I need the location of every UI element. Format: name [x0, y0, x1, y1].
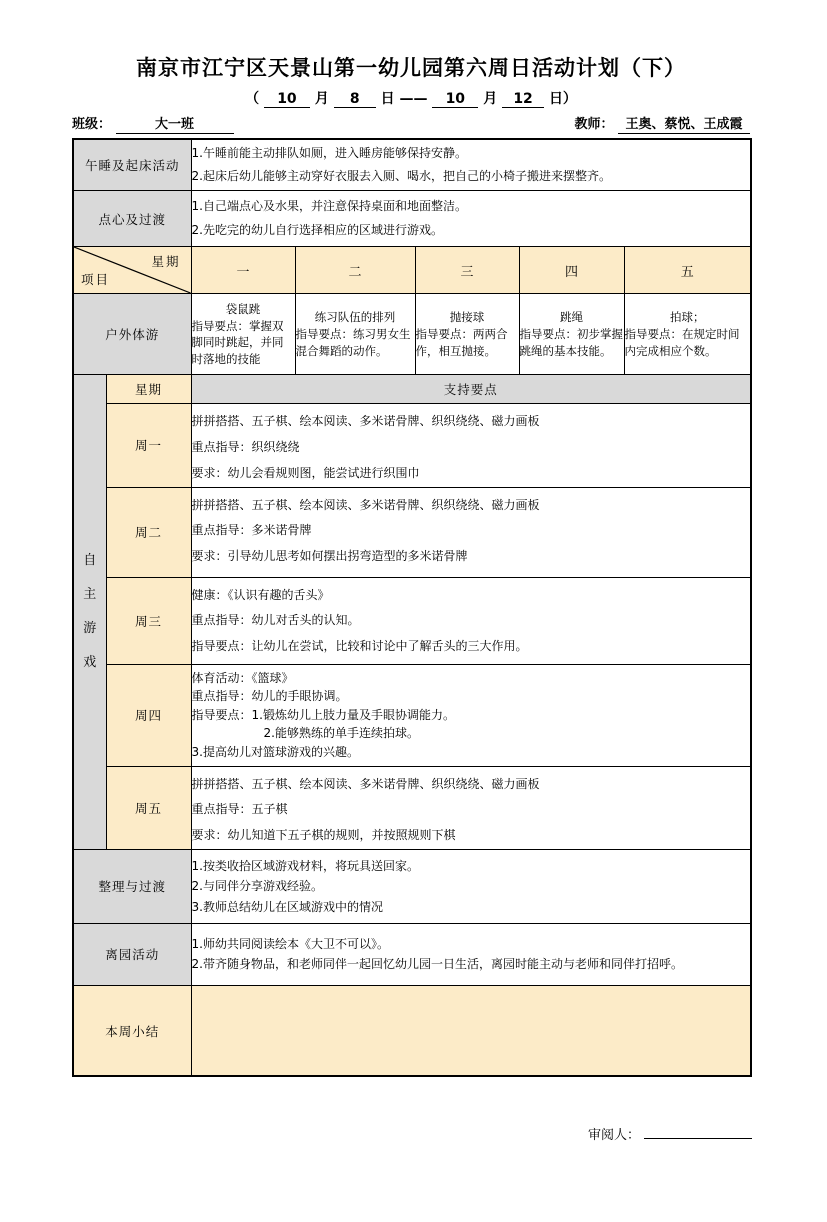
document-page: 南京市江宁区天景山第一幼儿园第六周日活动计划（下） （ 10 月 8 日 —— …	[0, 52, 827, 1222]
outdoor-wed-cell: 抛接球指导要点：两两合作，相互抛接。	[415, 294, 519, 375]
row-nap: 午睡及起床活动 1.午睡前能主动排队如厕，进入睡房能够保持安静。 2.起床后幼儿…	[73, 139, 751, 191]
date-month1-field: 10	[264, 92, 310, 108]
tidy-content: 1.按类收拾区域游戏材料，将玩具送回家。 2.与同伴分享游戏经验。 3.教师总结…	[191, 849, 751, 923]
outdoor-mon-cell: 袋鼠跳指导要点：掌握双脚同时跳起，并同时落地的技能	[191, 294, 295, 375]
activity-plan-table: 午睡及起床活动 1.午睡前能主动排队如厕，进入睡房能够保持安静。 2.起床后幼儿…	[72, 138, 752, 1078]
week-column-header: 星期	[106, 375, 191, 404]
outdoor-label: 户外体游	[73, 294, 191, 375]
row-week-mon: 周一 拼拼搭搭、五子棋、绘本阅读、多米诺骨牌、织织绕绕、磁力画板 重点指导：织织…	[73, 404, 751, 487]
outdoor-mon-detail: 指导要点：掌握双脚同时跳起，并同时落地的技能	[192, 319, 284, 366]
row-leave: 离园活动 1.师幼共同阅读绘本《大卫不可以》。 2.带齐随身物品，和老师同伴一起…	[73, 923, 751, 985]
leave-content: 1.师幼共同阅读绘本《大卫不可以》。 2.带齐随身物品，和老师同伴一起回忆幼儿园…	[191, 923, 751, 985]
row-snack: 点心及过渡 1.自己端点心及水果，并注意保持桌面和地面整洁。 2.先吃完的幼儿自…	[73, 191, 751, 247]
reviewer-line: 审阅人：	[588, 1124, 752, 1143]
week-fri-label: 周五	[106, 766, 191, 849]
diagonal-header-cell: 星期 项目	[73, 247, 191, 294]
week-tue-label: 周二	[106, 487, 191, 577]
summary-content	[191, 985, 751, 1076]
teacher-label: 教师：	[574, 117, 613, 132]
leave-label: 离园活动	[73, 923, 191, 985]
date-day1-field: 8	[334, 92, 376, 108]
nap-content: 1.午睡前能主动排队如厕，进入睡房能够保持安静。 2.起床后幼儿能够主动穿好衣服…	[191, 139, 751, 191]
day-header-wed: 三	[415, 247, 519, 294]
row-outdoor: 户外体游 袋鼠跳指导要点：掌握双脚同时跳起，并同时落地的技能 练习队伍的排列指导…	[73, 294, 751, 375]
outdoor-wed-detail: 指导要点：两两合作，相互抛接。	[416, 327, 508, 358]
date-dash: ——	[399, 91, 427, 107]
reviewer-value-field	[644, 1138, 752, 1139]
outdoor-thu-title: 跳绳	[520, 309, 624, 326]
snack-label: 点心及过渡	[73, 191, 191, 247]
row-summary: 本周小结	[73, 985, 751, 1076]
teacher-value-field: 王奥、蔡悦、王成霞	[618, 118, 750, 133]
outdoor-tue-title: 练习队伍的排列	[296, 309, 415, 326]
snack-content: 1.自己端点心及水果，并注意保持桌面和地面整洁。 2.先吃完的幼儿自行选择相应的…	[191, 191, 751, 247]
autonomous-vertical-label: 自 主 游 戏	[73, 375, 106, 850]
class-value-field: 大一班	[116, 118, 234, 133]
date-close: 日）	[549, 91, 577, 107]
week-thu-label: 周四	[106, 664, 191, 766]
teacher-group: 教师： 王奥、蔡悦、王成霞	[574, 113, 750, 133]
corner-week-label: 星期	[152, 252, 181, 270]
date-month1-label: 月	[315, 91, 329, 107]
day-header-tue: 二	[295, 247, 415, 294]
outdoor-fri-title: 拍球；	[625, 309, 751, 326]
date-open: （	[245, 91, 259, 107]
week-mon-content: 拼拼搭搭、五子棋、绘本阅读、多米诺骨牌、织织绕绕、磁力画板 重点指导：织织绕绕 …	[191, 404, 751, 487]
row-autonomous-header: 自 主 游 戏 星期 支持要点	[73, 375, 751, 404]
day-header-thu: 四	[519, 247, 624, 294]
reviewer-label: 审阅人：	[588, 1128, 640, 1143]
outdoor-mon-title: 袋鼠跳	[192, 301, 295, 318]
row-tidy: 整理与过渡 1.按类收拾区域游戏材料，将玩具送回家。 2.与同伴分享游戏经验。 …	[73, 849, 751, 923]
class-group: 班级： 大一班	[72, 113, 234, 133]
outdoor-fri-cell: 拍球；指导要点：在规定时间内完成相应个数。	[624, 294, 751, 375]
info-line: 班级： 大一班 教师： 王奥、蔡悦、王成霞	[72, 113, 750, 133]
summary-label: 本周小结	[73, 985, 191, 1076]
date-month2-label: 月	[483, 91, 497, 107]
tidy-label: 整理与过渡	[73, 849, 191, 923]
row-week-fri: 周五 拼拼搭搭、五子棋、绘本阅读、多米诺骨牌、织织绕绕、磁力画板 重点指导：五子…	[73, 766, 751, 849]
outdoor-wed-title: 抛接球	[416, 309, 519, 326]
week-wed-label: 周三	[106, 577, 191, 664]
date-day1-label: 日	[381, 91, 395, 107]
week-mon-label: 周一	[106, 404, 191, 487]
corner-item-label: 项目	[81, 270, 110, 288]
outdoor-tue-cell: 练习队伍的排列指导要点：练习男女生混合舞蹈的动作。	[295, 294, 415, 375]
row-week-wed: 周三 健康：《认识有趣的舌头》 重点指导：幼儿对舌头的认知。 指导要点：让幼儿在…	[73, 577, 751, 664]
nap-label: 午睡及起床活动	[73, 139, 191, 191]
outdoor-thu-cell: 跳绳指导要点：初步掌握跳绳的基本技能。	[519, 294, 624, 375]
class-label: 班级：	[72, 117, 111, 132]
week-thu-content: 体育活动：《篮球》 重点指导：幼儿的手眼协调。 指导要点：1.锻炼幼儿上肢力量及…	[191, 664, 751, 766]
row-week-thu: 周四 体育活动：《篮球》 重点指导：幼儿的手眼协调。 指导要点：1.锻炼幼儿上肢…	[73, 664, 751, 766]
date-line: （ 10 月 8 日 —— 10 月 12 日）	[72, 88, 750, 108]
row-week-tue: 周二 拼拼搭搭、五子棋、绘本阅读、多米诺骨牌、织织绕绕、磁力画板 重点指导：多米…	[73, 487, 751, 577]
outdoor-fri-detail: 指导要点：在规定时间内完成相应个数。	[625, 327, 740, 358]
date-month2-field: 10	[432, 92, 478, 108]
week-fri-content: 拼拼搭搭、五子棋、绘本阅读、多米诺骨牌、织织绕绕、磁力画板 重点指导：五子棋 要…	[191, 766, 751, 849]
support-column-header: 支持要点	[191, 375, 751, 404]
day-header-fri: 五	[624, 247, 751, 294]
date-day2-field: 12	[502, 92, 544, 108]
week-wed-content: 健康：《认识有趣的舌头》 重点指导：幼儿对舌头的认知。 指导要点：让幼儿在尝试，…	[191, 577, 751, 664]
outdoor-thu-detail: 指导要点：初步掌握跳绳的基本技能。	[520, 327, 624, 358]
week-tue-content: 拼拼搭搭、五子棋、绘本阅读、多米诺骨牌、织织绕绕、磁力画板 重点指导：多米诺骨牌…	[191, 487, 751, 577]
row-matrix-header: 星期 项目 一 二 三 四 五	[73, 247, 751, 294]
day-header-mon: 一	[191, 247, 295, 294]
outdoor-tue-detail: 指导要点：练习男女生混合舞蹈的动作。	[296, 327, 411, 358]
page-title: 南京市江宁区天景山第一幼儿园第六周日活动计划（下）	[72, 52, 750, 82]
